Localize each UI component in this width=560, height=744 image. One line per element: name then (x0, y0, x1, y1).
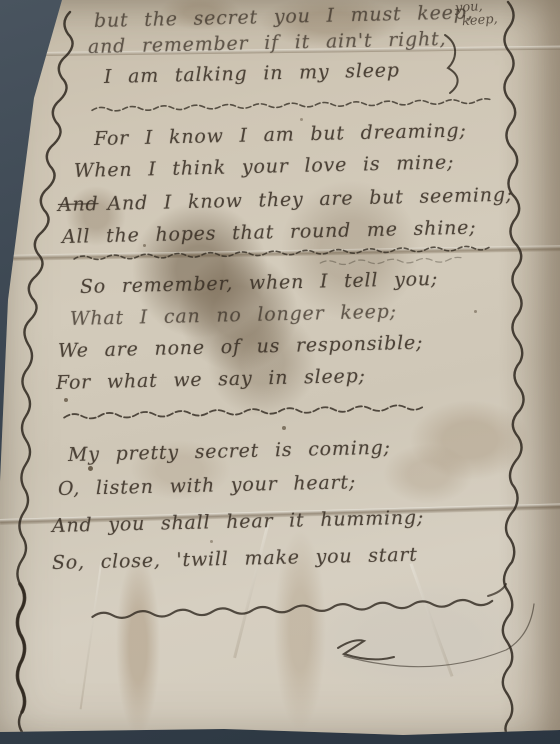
flourish-swash (344, 604, 534, 667)
line-end-brace (445, 35, 458, 93)
squiggle-divider-4 (92, 599, 492, 619)
struck-word: And (58, 193, 99, 216)
squiggle-divider-2 (74, 246, 490, 260)
manuscript-paper: you, keep, but the secret you I must kee… (0, 0, 560, 744)
divider-4-tail (488, 584, 506, 596)
photographed-letter: you, keep, but the secret you I must kee… (0, 0, 560, 744)
squiggle-divider-3 (64, 405, 424, 419)
right-wavy-border (503, 2, 524, 736)
squiggle-divider-1 (92, 99, 492, 112)
squiggle-divider-2b (320, 257, 464, 265)
left-wavy-border-heavy (17, 584, 24, 712)
